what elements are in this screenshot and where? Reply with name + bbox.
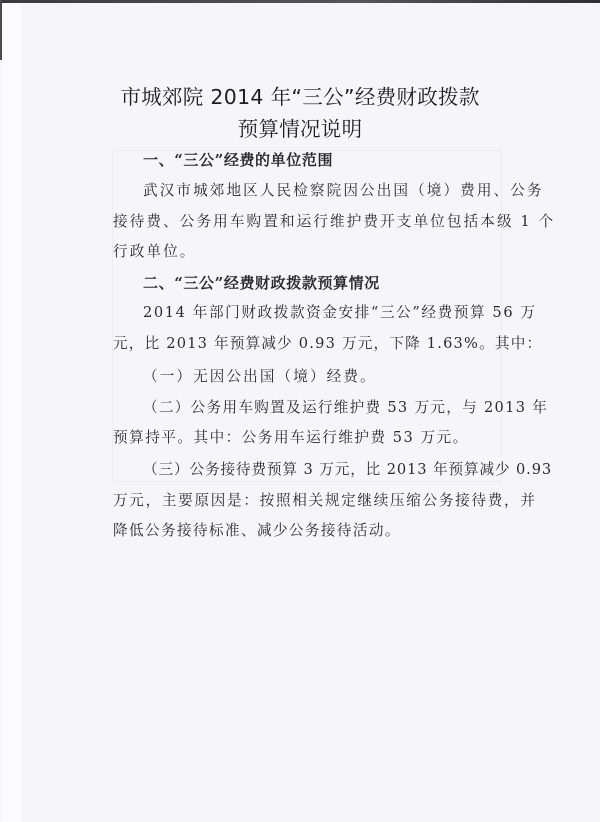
section-heading-1: 一、“三公”经费的单位范围 — [143, 150, 543, 170]
paragraph-line: （二）公务用车购置及运行维护费 53 万元，与 2013 年 — [143, 398, 543, 418]
paragraph-line: （一）无因公出国（境）经费。 — [143, 367, 543, 387]
section-heading-2: 二、“三公”经费财政拨款预算情况 — [143, 273, 543, 293]
scan-border-top — [0, 0, 600, 3]
paragraph-line: 武汉市城郊地区人民检察院因公出国（境）费用、公务 — [143, 181, 543, 201]
document-title-line-2: 预算情况说明 — [0, 112, 600, 142]
paragraph-line: 元，比 2013 年预算减少 0.93 万元，下降 1.63%。其中： — [113, 334, 513, 354]
paragraph-line: 接待费、公务用车购置和运行维护费开支单位包括本级 1 个 — [113, 212, 513, 232]
paragraph-line: 预算持平。其中：公务用车运行维护费 53 万元。 — [113, 428, 513, 448]
paragraph-line: 降低公务接待标准、减少公务接待活动。 — [113, 521, 513, 541]
paragraph-line: 行政单位。 — [113, 242, 513, 262]
paragraph-line: 2014 年部门财政拨款资金安排“三公”经费预算 56 万 — [143, 303, 543, 323]
document-title-line-1: 市城郊院 2014 年“三公”经费财政拨款 — [0, 80, 600, 110]
paragraph-line: 万元，主要原因是：按照相关规定继续压缩公务接待费，并 — [113, 491, 513, 511]
paragraph-line: （三）公务接待费预算 3 万元，比 2013 年预算减少 0.93 — [143, 460, 543, 480]
